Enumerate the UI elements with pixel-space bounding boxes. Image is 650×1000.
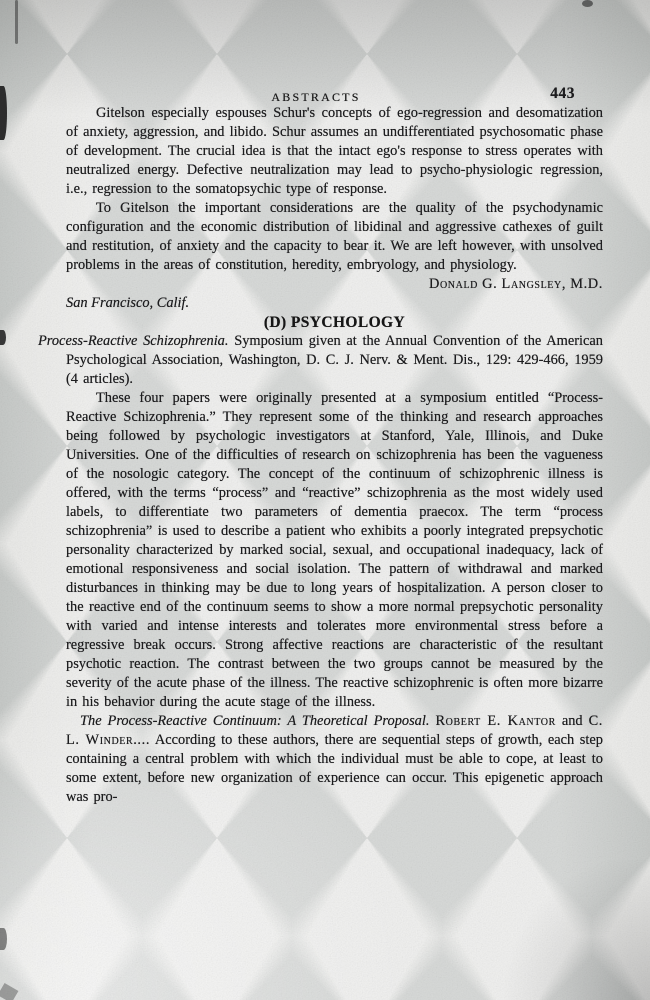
abstract-signature: Donald G. Langsley, M.D.: [66, 275, 603, 294]
first-abstract-para-1: Gitelson especially espouses Schur's con…: [66, 104, 603, 199]
symposium-overview-para: These four papers were originally presen…: [66, 389, 603, 712]
scan-artifact-left-1: [0, 86, 7, 140]
reference-citation: Process-Reactive Schizophrenia. Symposiu…: [66, 332, 603, 389]
abstract-location: San Francisco, Calif.: [66, 294, 603, 313]
page-header: ABSTRACTS 443: [66, 88, 603, 104]
scan-artifact-top-right: [582, 0, 593, 7]
text-column: ABSTRACTS 443 Gitelson especially espous…: [66, 88, 603, 807]
running-head: ABSTRACTS: [226, 88, 406, 107]
scan-artifact-left-3: [0, 928, 7, 950]
scan-artifact-top-crease: [15, 0, 18, 44]
author-conjunction: and: [562, 713, 583, 729]
scan-artifact-left-2: [0, 330, 6, 345]
first-abstract-para-2: To Gitelson the important considerations…: [66, 199, 603, 275]
second-abstract-author-1: Robert E. Kantor: [435, 713, 555, 729]
scan-corner-shadow: [500, 860, 650, 1000]
page-number: 443: [550, 84, 575, 103]
second-abstract-para: The Process-Reactive Continuum: A Theore…: [66, 712, 603, 807]
scan-artifact-bottom-left: [0, 983, 18, 1000]
section-heading: (D) PSYCHOLOGY: [66, 313, 603, 332]
reference-title: Process-Reactive Schizophrenia.: [38, 333, 228, 349]
journal-page-scan: ABSTRACTS 443 Gitelson especially espous…: [0, 0, 650, 1000]
second-abstract-title: The Process-Reactive Continuum: A Theore…: [80, 713, 429, 729]
